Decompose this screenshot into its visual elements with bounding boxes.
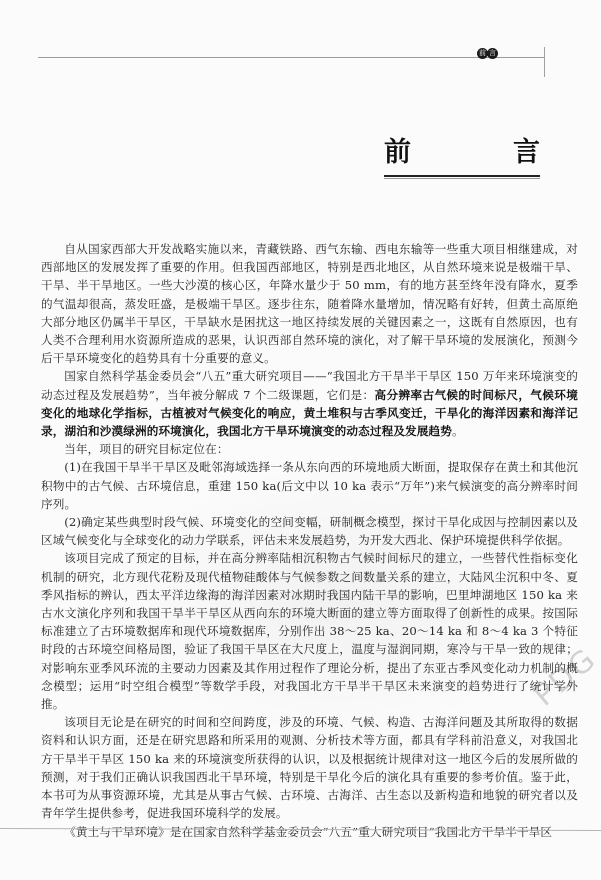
running-header-badge: 前 言 bbox=[477, 48, 497, 59]
title-underline-secondary bbox=[384, 178, 540, 179]
paragraph-8: 《黄土与干旱环境》是在国家自然科学基金委员会“八五”重大研究项目“我国北方干旱半… bbox=[41, 823, 578, 841]
badge-char-2: 言 bbox=[487, 48, 498, 59]
paragraph-6: 该项目完成了预定的目标，并在高分辨率陆相沉积物古气候时间标尺的建立，一些替代性指… bbox=[41, 549, 578, 713]
paragraph-4: (1)在我国干旱半干旱区及毗邻海域选择一条从东向西的环境地质大断面，提取保存在黄… bbox=[41, 458, 578, 513]
title-underline bbox=[384, 175, 540, 177]
paragraph-2-tail: 。 bbox=[452, 424, 464, 438]
paragraph-7: 该项目无论是在研究的时间和空间跨度，涉及的环境、气候、构造、古海洋问题及其所取得… bbox=[41, 713, 578, 822]
header-vertical-rule bbox=[544, 47, 545, 77]
paragraph-1: 自从国家西部大开发战略实施以来，青藏铁路、西气东输、西电东输等一些重大项目相继建… bbox=[41, 240, 578, 367]
preface-body: 自从国家西部大开发战略实施以来，青藏铁路、西气东输、西电东输等一些重大项目相继建… bbox=[41, 240, 578, 841]
title-char-2: 言 bbox=[513, 136, 540, 170]
title-char-1: 前 bbox=[384, 136, 411, 170]
paragraph-3: 当年，项目的研究目标定位在： bbox=[41, 440, 578, 458]
paragraph-5: (2)确定某些典型时段气候、环境变化的空间变幅，研制概念模型，探讨干旱化成因与控… bbox=[41, 513, 578, 549]
page-title: 前 言 bbox=[384, 136, 540, 170]
header-rule bbox=[38, 57, 545, 58]
paragraph-2: 国家自然科学基金委员会“八五”重大研究项目——“我国北方干旱半干旱区 150 万… bbox=[41, 367, 578, 440]
